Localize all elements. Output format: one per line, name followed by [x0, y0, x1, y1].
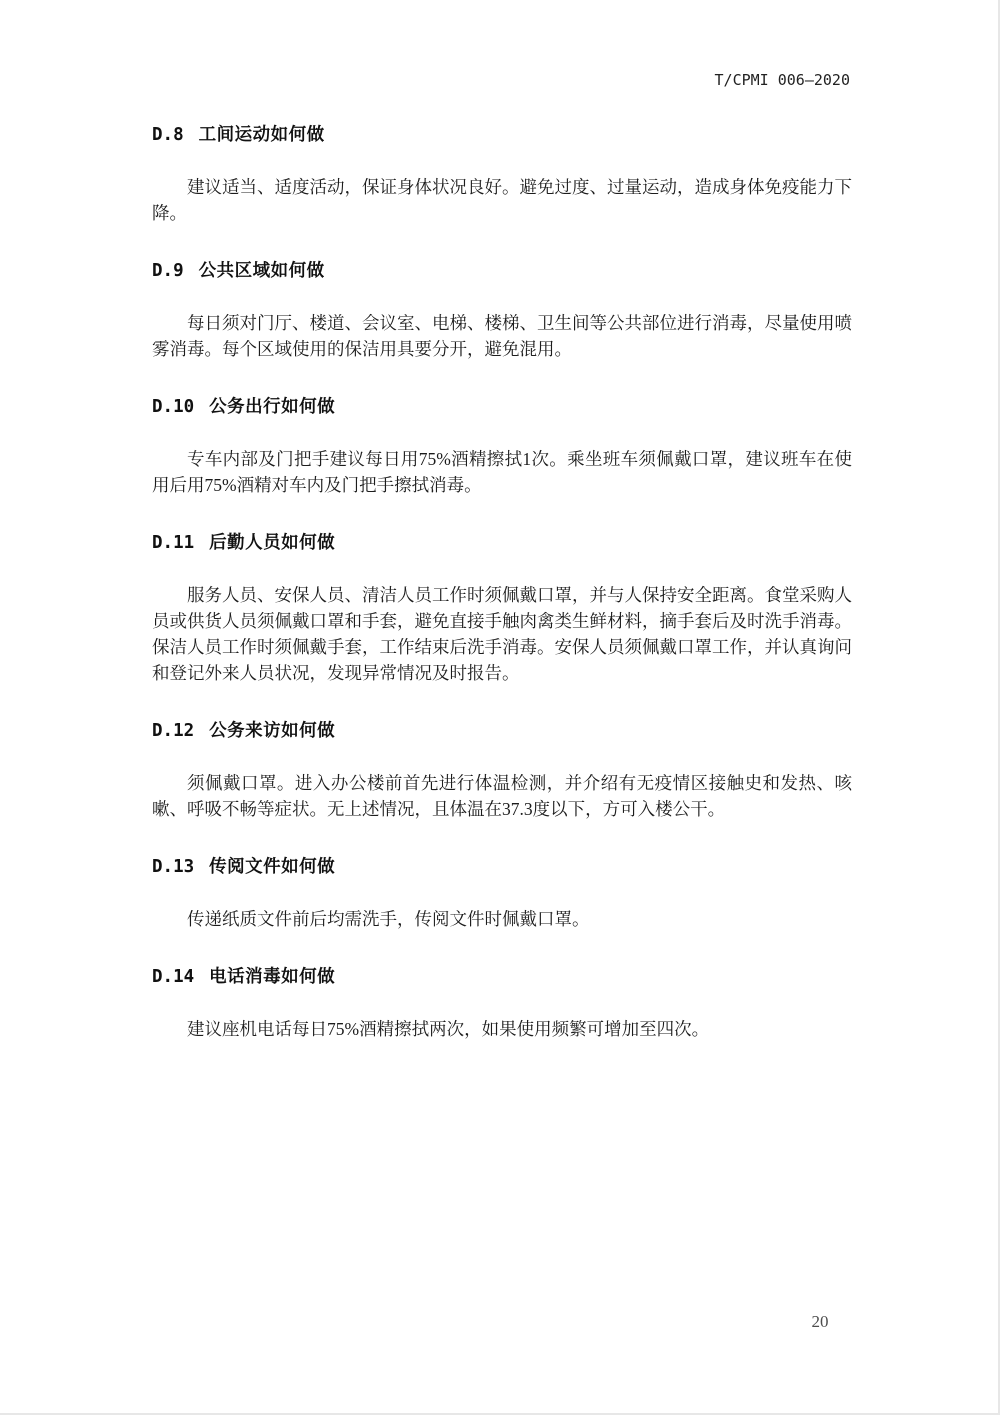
section-number: D.10 [152, 395, 194, 419]
section-paragraph: 服务人员、安保人员、清洁人员工作时须佩戴口罩，并与人保持安全距离。食堂采购人员或… [152, 582, 852, 686]
section-paragraph: 须佩戴口罩。进入办公楼前首先进行体温检测，并介绍有无疫情区接触史和发热、咳嗽、呼… [152, 770, 852, 822]
section-d14: D.14电话消毒如何做 建议座机电话每日75%酒精擦拭两次，如果使用频繁可增加至… [152, 964, 852, 1042]
section-d13: D.13传阅文件如何做 传递纸质文件前后均需洗手，传阅文件时佩戴口罩。 [152, 854, 852, 932]
section-number: D.11 [152, 531, 194, 555]
document-header-code: T/CPMI 006—2020 [0, 70, 998, 90]
section-heading: D.10公务出行如何做 [152, 394, 852, 419]
section-heading: D.13传阅文件如何做 [152, 854, 852, 879]
document-content: D.8工间运动如何做 建议适当、适度活动，保证身体状况良好。避免过度、过量运动，… [0, 122, 852, 1042]
section-d12: D.12公务来访如何做 须佩戴口罩。进入办公楼前首先进行体温检测，并介绍有无疫情… [152, 718, 852, 822]
section-heading: D.8工间运动如何做 [152, 122, 852, 147]
section-paragraph: 建议座机电话每日75%酒精擦拭两次，如果使用频繁可增加至四次。 [152, 1016, 852, 1042]
document-page: T/CPMI 006—2020 D.8工间运动如何做 建议适当、适度活动，保证身… [0, 0, 1000, 1415]
section-heading: D.9公共区域如何做 [152, 258, 852, 283]
section-paragraph: 传递纸质文件前后均需洗手，传阅文件时佩戴口罩。 [152, 906, 852, 932]
section-number: D.12 [152, 719, 194, 743]
section-paragraph: 每日须对门厅、楼道、会议室、电梯、楼梯、卫生间等公共部位进行消毒，尽量使用喷雾消… [152, 310, 852, 362]
section-d10: D.10公务出行如何做 专车内部及门把手建议每日用75%酒精擦拭1次。乘坐班车须… [152, 394, 852, 498]
section-d11: D.11后勤人员如何做 服务人员、安保人员、清洁人员工作时须佩戴口罩，并与人保持… [152, 530, 852, 686]
section-title: 后勤人员如何做 [209, 532, 335, 552]
section-number: D.8 [152, 123, 184, 147]
section-number: D.13 [152, 855, 194, 879]
section-number: D.14 [152, 965, 194, 989]
section-title: 电话消毒如何做 [209, 966, 335, 986]
section-title: 公务出行如何做 [209, 396, 335, 416]
section-title: 公务来访如何做 [209, 720, 335, 740]
section-title: 传阅文件如何做 [209, 856, 335, 876]
section-number: D.9 [152, 259, 184, 283]
section-paragraph: 建议适当、适度活动，保证身体状况良好。避免过度、过量运动，造成身体免疫能力下降。 [152, 174, 852, 226]
page-number: 20 [790, 1312, 850, 1332]
section-title: 工间运动如何做 [199, 124, 325, 144]
section-heading: D.11后勤人员如何做 [152, 530, 852, 555]
section-d9: D.9公共区域如何做 每日须对门厅、楼道、会议室、电梯、楼梯、卫生间等公共部位进… [152, 258, 852, 362]
section-paragraph: 专车内部及门把手建议每日用75%酒精擦拭1次。乘坐班车须佩戴口罩，建议班车在使用… [152, 446, 852, 498]
section-d8: D.8工间运动如何做 建议适当、适度活动，保证身体状况良好。避免过度、过量运动，… [152, 122, 852, 226]
section-heading: D.14电话消毒如何做 [152, 964, 852, 989]
section-title: 公共区域如何做 [199, 260, 325, 280]
section-heading: D.12公务来访如何做 [152, 718, 852, 743]
